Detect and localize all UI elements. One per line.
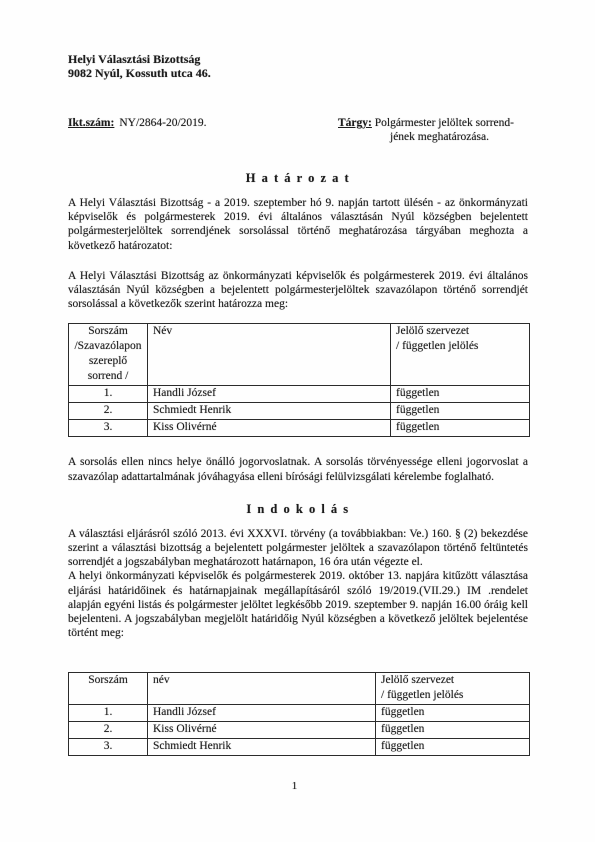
decision-paragraph-2: A Helyi Választási Bizottság az önkormán… (68, 269, 528, 312)
cell-org: független (391, 420, 530, 437)
decision-paragraph-3: A sorsolás ellen nincs helye önálló jogo… (68, 455, 528, 483)
decision-title: H a t á r o z a t (68, 171, 528, 186)
header-cell-szervezet: Jelölő szervezet / független jelölés (391, 324, 530, 386)
justification-paragraph-1: A választási eljárásról szóló 2013. évi … (68, 527, 528, 570)
letterhead: Helyi Választási Bizottság 9082 Nyúl, Ko… (68, 52, 528, 80)
table-row: 1. Handli József független (69, 705, 530, 722)
cell-org: független (391, 403, 530, 420)
subject: Tárgy: Polgármester jelöltek sorrend- jé… (338, 116, 528, 144)
scanned-document-page: Helyi Választási Bizottság 9082 Nyúl, Ko… (0, 0, 595, 842)
cell-order: 1. (69, 705, 148, 722)
table-row: 3. Schmiedt Henrik független (69, 739, 530, 756)
case-number-value: NY/2864-20/2019. (119, 117, 206, 129)
case-number: Ikt.szám:NY/2864-20/2019. (68, 116, 207, 144)
cell-org: független (376, 739, 530, 756)
table-header-row: Sorszám /Szavazólapon szereplő sorrend /… (69, 324, 530, 386)
decision-paragraph-1: A Helyi Választási Bizottság - a 2019. s… (68, 196, 528, 253)
cell-name: Schmiedt Henrik (148, 403, 391, 420)
header-cell-nev: Név (148, 324, 391, 386)
cell-org: független (376, 705, 530, 722)
table-row: 1. Handli József független (69, 386, 530, 403)
table-header-row: Sorszám név Jelölő szervezet / független… (69, 673, 530, 705)
table-row: 3. Kiss Olivérné független (69, 420, 530, 437)
subject-line-1: Tárgy: Polgármester jelöltek sorrend- (338, 116, 528, 130)
subject-text-2: jének meghatározása. (338, 130, 528, 144)
cell-name: Kiss Olivérné (148, 420, 391, 437)
subject-text-1: Polgármester jelöltek sorrend- (372, 117, 514, 129)
document-content: Helyi Választási Bizottság 9082 Nyúl, Ko… (0, 0, 595, 756)
ballot-order-table: Sorszám /Szavazólapon szereplő sorrend /… (68, 323, 530, 437)
cell-order: 3. (69, 739, 148, 756)
justification-title: I n d o k o l á s (68, 502, 528, 517)
cell-order: 2. (69, 403, 148, 420)
table-row: 2. Kiss Olivérné független (69, 722, 530, 739)
subject-label: Tárgy: (338, 117, 372, 129)
cell-name: Kiss Olivérné (148, 722, 376, 739)
header-cell-nev: név (148, 673, 376, 705)
cell-order: 3. (69, 420, 148, 437)
cell-order: 2. (69, 722, 148, 739)
registered-candidates-table: Sorszám név Jelölő szervezet / független… (68, 672, 530, 756)
case-number-label: Ikt.szám: (68, 117, 114, 129)
cell-name: Handli József (148, 705, 376, 722)
cell-name: Handli József (148, 386, 391, 403)
org-name: Helyi Választási Bizottság (68, 52, 528, 66)
table-row: 2. Schmiedt Henrik független (69, 403, 530, 420)
cell-org: független (391, 386, 530, 403)
cell-name: Schmiedt Henrik (148, 739, 376, 756)
justification-paragraph-2: A helyi önkormányzati képviselők és polg… (68, 569, 528, 640)
org-address: 9082 Nyúl, Kossuth utca 46. (68, 66, 528, 80)
header-cell-sorszam: Sorszám (69, 673, 148, 705)
cell-org: független (376, 722, 530, 739)
cell-order: 1. (69, 386, 148, 403)
header-cell-szervezet: Jelölő szervezet / független jelölés (376, 673, 530, 705)
header-cell-sorszam: Sorszám /Szavazólapon szereplő sorrend / (69, 324, 148, 386)
reference-row: Ikt.szám:NY/2864-20/2019. Tárgy: Polgárm… (68, 116, 528, 144)
page-number: 1 (0, 780, 589, 792)
